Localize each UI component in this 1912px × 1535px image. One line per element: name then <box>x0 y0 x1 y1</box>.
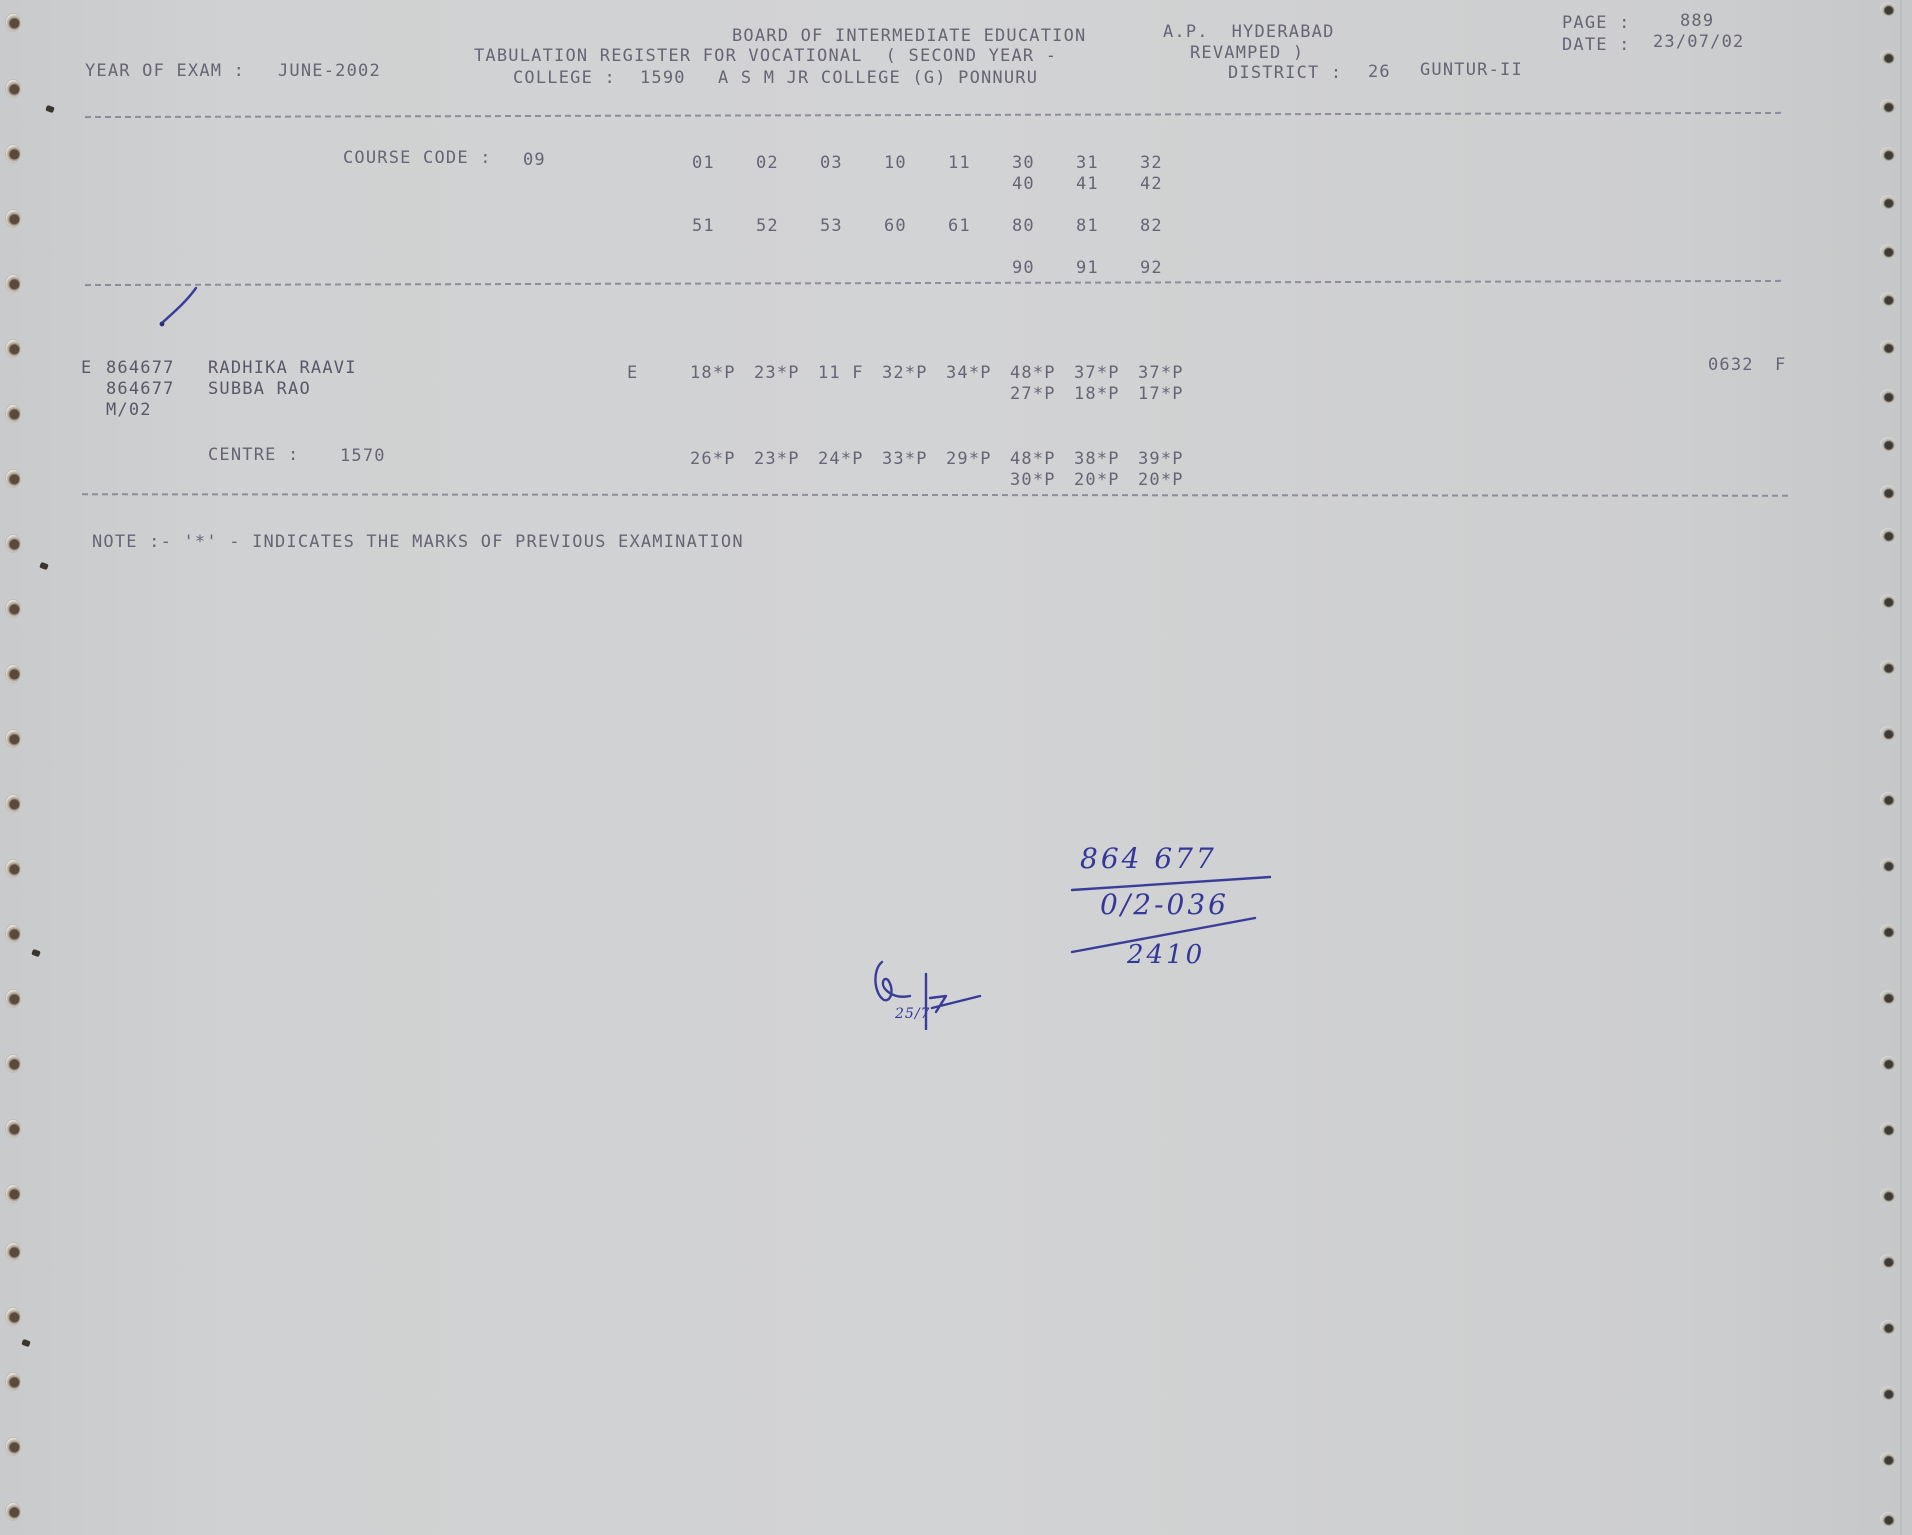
mark-cell: 20*P <box>1074 470 1120 490</box>
subject-code: 80 <box>1012 216 1035 236</box>
hall-ticket-number: 864677 <box>106 358 175 378</box>
mark-cell: 20*P <box>1138 470 1184 490</box>
feed-hole <box>1880 244 1896 258</box>
subject-code: 61 <box>948 216 971 236</box>
subject-code: 51 <box>692 216 715 236</box>
pen-tick-mark <box>150 280 210 330</box>
feed-hole <box>1880 437 1896 451</box>
divider-rule <box>85 280 1781 286</box>
college-code: 1590 <box>640 68 686 88</box>
feed-hole <box>6 665 20 682</box>
feed-hole <box>1880 990 1896 1004</box>
mark-cell: 11 F <box>818 363 864 383</box>
feed-hole <box>1880 924 1896 938</box>
feed-hole <box>6 1243 20 1260</box>
feed-hole <box>6 600 20 617</box>
mark-cell: 23*P <box>754 363 800 383</box>
feed-hole <box>1880 340 1896 354</box>
feed-hole <box>1880 1452 1896 1466</box>
subject-code: 92 <box>1140 258 1163 278</box>
feed-hole <box>6 990 20 1007</box>
college-label: COLLEGE : <box>513 68 616 88</box>
result-status: F <box>1775 355 1786 375</box>
year-of-exam-label: YEAR OF EXAM : <box>85 61 245 81</box>
mark-cell: 37*P <box>1138 363 1184 383</box>
feed-hole <box>1880 1056 1896 1070</box>
candidate-name: RADHIKA RAAVI <box>208 358 357 378</box>
subject-code: 10 <box>884 153 907 173</box>
feed-hole <box>6 1185 20 1202</box>
centre-code: 1570 <box>340 446 386 466</box>
feed-hole <box>1880 99 1896 113</box>
feed-hole <box>1880 660 1896 674</box>
divider-rule <box>82 493 1788 496</box>
subject-code: 11 <box>948 153 971 173</box>
district-code: 26 <box>1368 62 1391 82</box>
mark-cell: 39*P <box>1138 449 1184 469</box>
register-suffix: REVAMPED ) <box>1190 43 1304 63</box>
mark-cell: 37*P <box>1074 363 1120 383</box>
report-date: 23/07/02 <box>1653 32 1744 52</box>
handwritten-date: 25/7 <box>895 1006 930 1022</box>
footnote: NOTE :- '*' - INDICATES THE MARKS OF PRE… <box>92 532 744 552</box>
subject-code: 02 <box>756 153 779 173</box>
mark-cell: 34*P <box>946 363 992 383</box>
college-name: A S M JR COLLEGE (G) PONNURU <box>718 68 1038 88</box>
mark-cell: 29*P <box>946 449 992 469</box>
feed-hole <box>1880 726 1896 740</box>
subject-code: 82 <box>1140 216 1163 236</box>
feed-hole <box>1880 485 1896 499</box>
feed-hole <box>6 80 20 97</box>
feed-hole <box>6 535 20 552</box>
feed-hole <box>1880 594 1896 608</box>
date-label: DATE : <box>1562 35 1631 55</box>
record-prefix: E <box>81 358 92 378</box>
feed-hole <box>6 1120 20 1137</box>
board-location: A.P. HYDERABAD <box>1163 22 1335 42</box>
feed-hole <box>1880 528 1896 542</box>
mark-cell: 18*P <box>1074 384 1120 404</box>
subject-code: 41 <box>1076 174 1099 194</box>
district-label: DISTRICT : <box>1228 63 1342 83</box>
feed-hole <box>6 1438 20 1455</box>
subject-code: 30 <box>1012 153 1035 173</box>
year-of-exam-value: JUNE-2002 <box>278 61 381 81</box>
feed-hole <box>6 1308 20 1325</box>
paper-tear-mark <box>45 105 55 113</box>
subject-code: 32 <box>1140 153 1163 173</box>
mark-cell: 48*P <box>1010 449 1056 469</box>
feed-hole <box>6 1503 20 1520</box>
subject-code: 81 <box>1076 216 1099 236</box>
total-marks: 0632 <box>1708 355 1754 375</box>
mark-cell: 32*P <box>882 363 928 383</box>
feed-hole <box>6 1055 20 1072</box>
feed-hole <box>1880 1512 1896 1526</box>
feed-hole <box>6 1373 20 1390</box>
subject-code: 60 <box>884 216 907 236</box>
feed-hole <box>6 925 20 942</box>
subject-code: 52 <box>756 216 779 236</box>
subject-code: 31 <box>1076 153 1099 173</box>
feed-hole <box>6 210 20 227</box>
paper-tear-mark <box>31 949 41 957</box>
exam-session: M/02 <box>106 400 152 420</box>
feed-hole <box>6 860 20 877</box>
feed-hole <box>1880 389 1896 403</box>
medium: E <box>627 363 638 383</box>
tabulation-register-page: BOARD OF INTERMEDIATE EDUCATION A.P. HYD… <box>0 0 1912 1535</box>
roll-number: 864677 <box>106 379 175 399</box>
subject-code: 03 <box>820 153 843 173</box>
feed-hole <box>6 275 20 292</box>
mark-cell: 18*P <box>690 363 736 383</box>
subject-code: 53 <box>820 216 843 236</box>
feed-hole <box>1880 1188 1896 1202</box>
feed-hole <box>6 405 20 422</box>
feed-hole <box>6 340 20 357</box>
page-number: 889 <box>1680 11 1714 31</box>
paper-tear-mark <box>21 1339 31 1347</box>
subject-code: 90 <box>1012 258 1035 278</box>
feed-hole <box>1880 50 1896 64</box>
subject-code: 40 <box>1012 174 1035 194</box>
feed-hole <box>1880 792 1896 806</box>
mark-cell: 17*P <box>1138 384 1184 404</box>
centre-label: CENTRE : <box>208 445 299 465</box>
father-name: SUBBA RAO <box>208 379 311 399</box>
feed-hole <box>1880 1386 1896 1400</box>
mark-cell: 48*P <box>1010 363 1056 383</box>
handwritten-underlines <box>1060 870 1280 960</box>
district-name: GUNTUR-II <box>1420 60 1523 80</box>
subject-code: 42 <box>1140 174 1163 194</box>
feed-hole <box>1880 1254 1896 1268</box>
feed-hole <box>6 145 20 162</box>
paper-tear-mark <box>39 562 49 570</box>
subject-code: 01 <box>692 153 715 173</box>
course-code-value: 09 <box>523 150 546 170</box>
feed-hole <box>1880 195 1896 209</box>
subject-code: 91 <box>1076 258 1099 278</box>
feed-hole <box>6 730 20 747</box>
mark-cell: 23*P <box>754 449 800 469</box>
register-title: TABULATION REGISTER FOR VOCATIONAL ( SEC… <box>474 46 1057 66</box>
feed-hole <box>1880 2 1896 16</box>
mark-cell: 30*P <box>1010 470 1056 490</box>
divider-rule <box>85 112 1781 118</box>
feed-hole <box>1880 147 1896 161</box>
feed-hole <box>6 470 20 487</box>
feed-hole <box>1880 1320 1896 1334</box>
feed-hole <box>6 795 20 812</box>
mark-cell: 24*P <box>818 449 864 469</box>
course-code-label: COURSE CODE : <box>343 148 492 168</box>
board-title: BOARD OF INTERMEDIATE EDUCATION <box>732 26 1086 46</box>
mark-cell: 33*P <box>882 449 928 469</box>
feed-hole <box>1880 1122 1896 1136</box>
feed-hole <box>1880 292 1896 306</box>
feed-hole <box>6 14 20 31</box>
mark-cell: 38*P <box>1074 449 1120 469</box>
mark-cell: 26*P <box>690 449 736 469</box>
paper-edge <box>1900 0 1902 1535</box>
feed-hole <box>1880 858 1896 872</box>
mark-cell: 27*P <box>1010 384 1056 404</box>
page-label: PAGE : <box>1562 13 1631 33</box>
